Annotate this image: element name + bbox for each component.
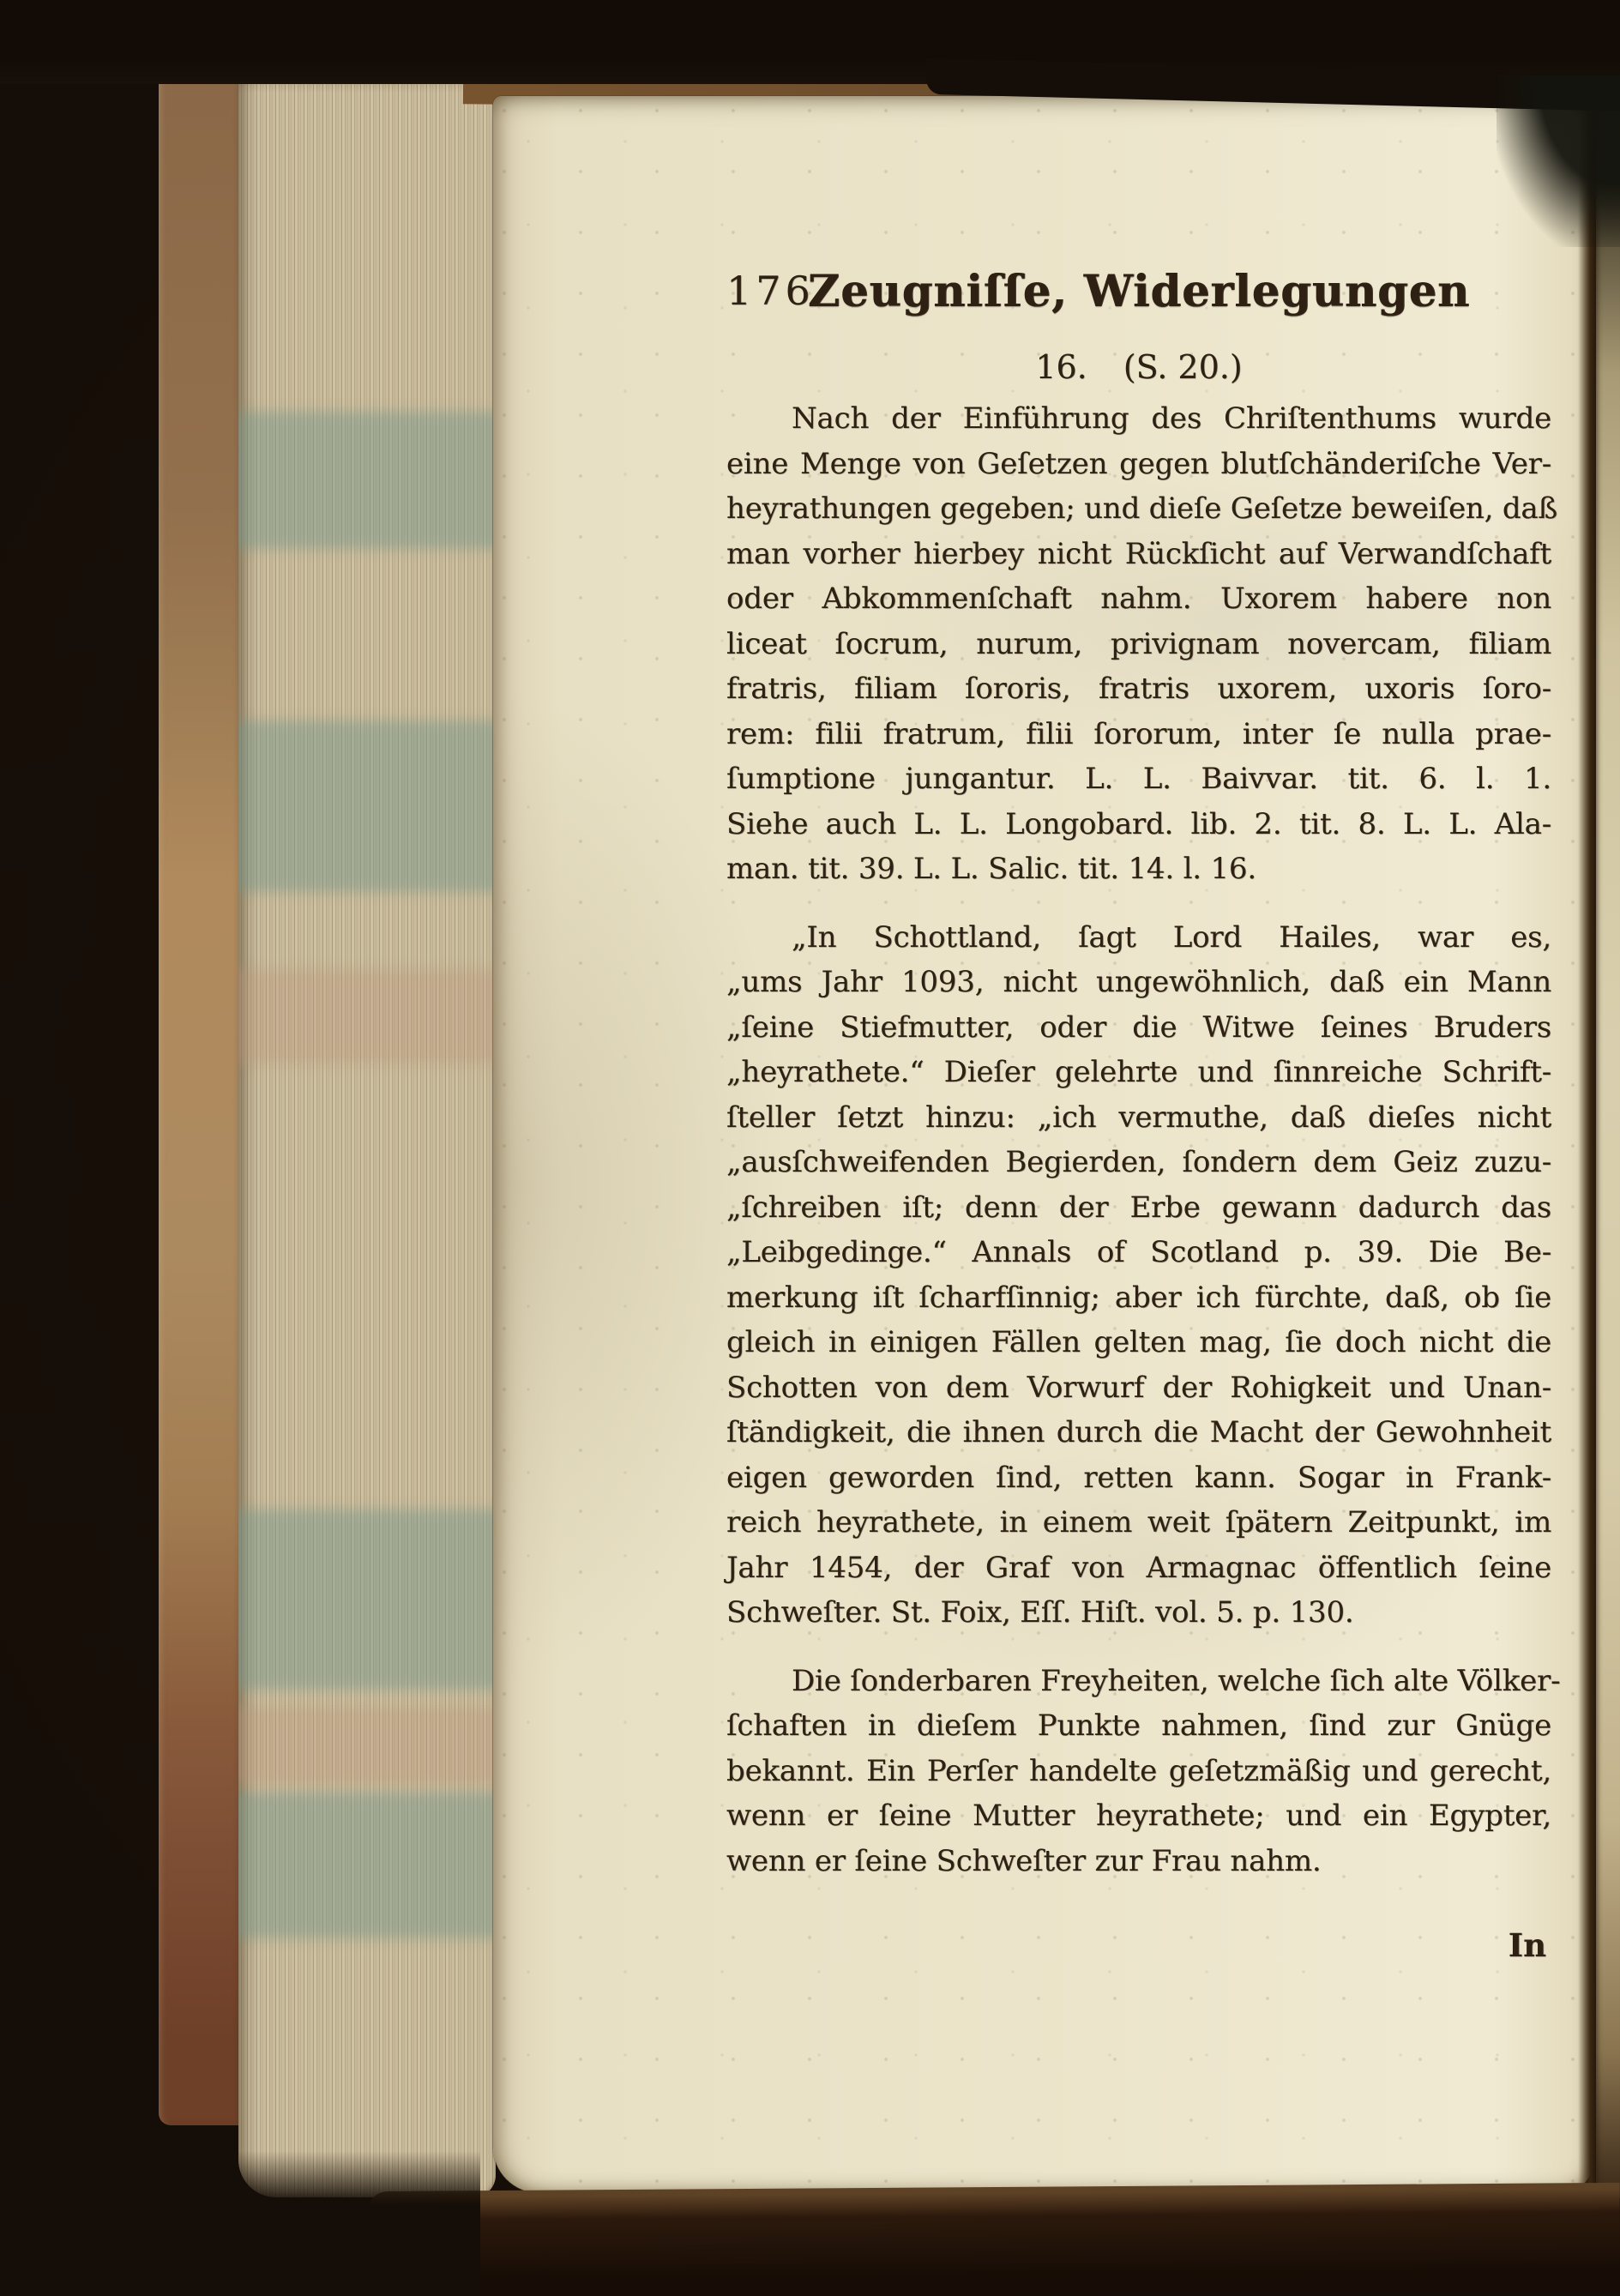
text-line: bekannt. Ein Perſer handelte geſetzmäßig… [726, 1749, 1551, 1794]
text-column: Nach der Einführung des Chriſtenthums wu… [726, 396, 1551, 1883]
book-page: 176 Zeugniſſe, Widerlegungen 16.(S. 20.)… [493, 96, 1593, 2193]
page-header-row: 176 Zeugniſſe, Widerlegungen [726, 261, 1551, 317]
text-line: Siehe auch L. L. Longobard. lib. 2. tit.… [726, 802, 1551, 847]
text-line: reich heyrathete, in einem weit ſpätern … [726, 1500, 1551, 1546]
text-line: wenn er ſeine Schweſter zur Frau nahm. [726, 1839, 1551, 1884]
text-line: „ums Jahr 1093, nicht ungewöhnlich, daß … [726, 960, 1551, 1005]
catchword: In [726, 1926, 1546, 1964]
paragraph: Die ſonderbaren Freyheiten, welche ſich … [726, 1659, 1551, 1884]
page-fore-edge-stack [238, 69, 496, 2197]
text-line: Schweſter. St. Foix, Eſſ. Hiſt. vol. 5. … [726, 1590, 1551, 1636]
text-line: Die ſonderbaren Freyheiten, welche ſich … [726, 1659, 1551, 1704]
paragraph: „In Schottland, ſagt Lord Hailes, war es… [726, 915, 1551, 1636]
text-line: oder Abkommenſchaft nahm. Uxorem habere … [726, 576, 1551, 622]
text-line: „In Schottland, ſagt Lord Hailes, war es… [726, 915, 1551, 961]
fore-edge-smudge [238, 969, 496, 1064]
text-line: eine Menge von Geſetzen gegen blutſchänd… [726, 442, 1551, 487]
facing-page-edge [1596, 101, 1620, 2198]
text-line: fratris, filiam ſororis, fratris uxorem,… [726, 666, 1551, 712]
text-line: wenn er ſeine Mutter heyrathete; und ein… [726, 1793, 1551, 1839]
text-line: ſtändigkeit, die ihnen durch die Macht d… [726, 1410, 1551, 1455]
text-line: ſumptione jungantur. L. L. Baivvar. tit.… [726, 756, 1551, 802]
fore-edge-smudge [238, 1707, 496, 1784]
book-cover-left-edge [159, 50, 244, 2125]
text-line: eigen geworden ſind, retten kann. Sogar … [726, 1455, 1551, 1501]
section-heading: 16.(S. 20.) [726, 348, 1551, 386]
fore-edge-smudge [238, 1793, 496, 1938]
running-header: Zeugniſſe, Widerlegungen [726, 266, 1551, 317]
text-line: heyrathungen gegeben; und dieſe Geſetze … [726, 486, 1551, 532]
text-line: „ſchreiben iſt; denn der Erbe gewann dad… [726, 1185, 1551, 1231]
fore-edge-smudge [238, 412, 496, 549]
section-page-ref: (S. 20.) [1123, 348, 1243, 386]
text-line: „ſeine Stiefmutter, oder die Witwe ſeine… [726, 1005, 1551, 1051]
text-line: Nach der Einführung des Chriſtenthums wu… [726, 396, 1551, 442]
fore-edge-smudge [238, 1510, 496, 1690]
text-line: rem: filii fratrum, filii ſororum, inter… [726, 712, 1551, 757]
text-line: „ausſchweifenden Begierden, ſondern dem … [726, 1140, 1551, 1185]
text-line: man vorher hierbey nicht Rückſicht auf V… [726, 532, 1551, 577]
text-line: „Leibgedinge.“ Annals of Scotland p. 39.… [726, 1230, 1551, 1275]
text-line: gleich in einigen Fällen gelten mag, ſie… [726, 1320, 1551, 1365]
text-line: Jahr 1454, der Graf von Armagnac öffentl… [726, 1546, 1551, 1591]
text-line: Schotten von dem Vorwurf der Rohigkeit u… [726, 1365, 1551, 1411]
text-line: „heyrathete.“ Dieſer gelehrte und ſinnre… [726, 1050, 1551, 1095]
fore-edge-smudge [238, 720, 496, 892]
paragraph: Nach der Einführung des Chriſtenthums wu… [726, 396, 1551, 892]
book-bottom-cover-edge [369, 2183, 1620, 2296]
text-line: liceat ſocrum, nurum, privignam novercam… [726, 622, 1551, 667]
background-bottom-left [0, 2151, 480, 2296]
section-number: 16. [1035, 348, 1087, 386]
text-line: merkung iſt ſcharfſinnig; aber ich fürch… [726, 1275, 1551, 1321]
page-surface: 176 Zeugniſſe, Widerlegungen 16.(S. 20.)… [493, 96, 1593, 2193]
text-line: ſchaften in dieſem Punkte nahmen, ſind z… [726, 1703, 1551, 1749]
text-line: ſteller ſetzt hinzu: „ich vermuthe, daß … [726, 1095, 1551, 1141]
text-line: man. tit. 39. L. L. Salic. tit. 14. l. 1… [726, 847, 1551, 892]
top-right-corner-shadow [1497, 75, 1620, 247]
photo-background: 176 Zeugniſſe, Widerlegungen 16.(S. 20.)… [0, 0, 1620, 2296]
